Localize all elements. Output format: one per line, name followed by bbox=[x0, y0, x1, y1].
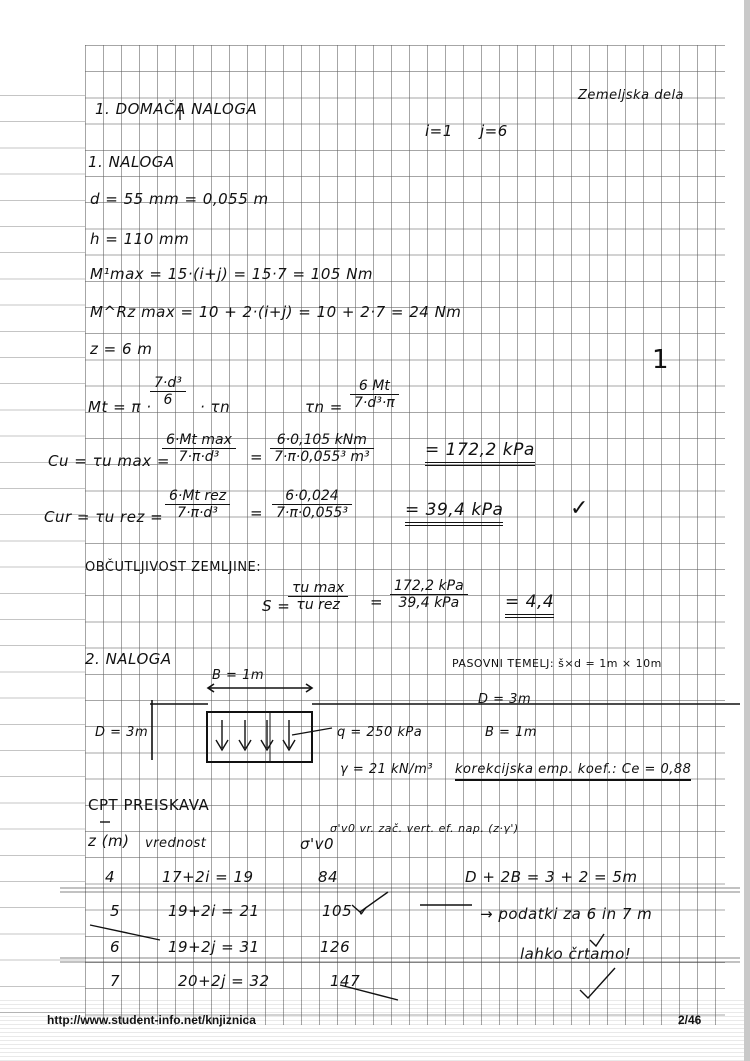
col-sigma: σ'v0 bbox=[300, 835, 334, 853]
top-right-note: Zemeljska dela bbox=[578, 88, 684, 103]
depth-calculation: D + 2B = 3 + 2 = 5m bbox=[465, 868, 638, 886]
row-5-sigma: 105 ✓ bbox=[322, 902, 370, 920]
cur-lhs: Cur = τu rez = bbox=[44, 508, 163, 526]
sensitivity-fraction-1: τu max τu rez bbox=[288, 580, 348, 613]
equals-sign: = bbox=[250, 448, 263, 466]
sensitivity-result: = 4,4 bbox=[505, 592, 554, 618]
scan-noise bbox=[0, 1000, 750, 1061]
line-mmax: M¹max = 15·(i+j) = 15·7 = 105 Nm bbox=[90, 265, 373, 283]
mt-fraction: 7·d³ 6 bbox=[150, 375, 186, 408]
check-mark-icon: ✓ bbox=[570, 496, 589, 521]
cu-fraction-1: 6·Mt max 7·π·d³ bbox=[162, 432, 236, 465]
cpt-note: σ'v0 vr. zač. vert. ef. nap. (z·γ') bbox=[330, 822, 519, 835]
diagram-width-label: B = 1m bbox=[212, 668, 264, 683]
tau-lhs: τn = bbox=[305, 398, 343, 416]
remark-line-2: lahko črtamo! bbox=[520, 945, 631, 963]
row-6-z: 6 bbox=[110, 938, 120, 956]
line-d: d = 55 mm = 0,055 m bbox=[90, 190, 269, 208]
row-4-value: 17+2i = 19 bbox=[162, 868, 254, 886]
scan-edge bbox=[744, 0, 750, 1061]
tau-fraction: 6 Mt 7·d³·π bbox=[350, 378, 399, 411]
row-4-z: 4 bbox=[105, 868, 115, 886]
remark-line-1: → podatki za 6 in 7 m bbox=[480, 905, 652, 923]
cur-fraction-2: 6·0,024 7·π·0,055³ bbox=[272, 488, 352, 521]
given-B: B = 1m bbox=[485, 725, 537, 740]
cu-result: = 172,2 kPa bbox=[425, 440, 535, 466]
row-7-sigma: 147 bbox=[330, 972, 360, 990]
row-5-z: 5 bbox=[110, 902, 120, 920]
sensitivity-lhs: S = bbox=[262, 597, 290, 615]
row-4-sigma: 84 bbox=[318, 868, 338, 886]
mt-lhs: Mt = π · bbox=[88, 398, 152, 416]
row-6-value: 19+2j = 31 bbox=[168, 938, 260, 956]
row-6-sigma: 126 bbox=[320, 938, 350, 956]
diagram-load-label: q = 250 kPa bbox=[337, 725, 422, 740]
cu-lhs: Cu = τu max = bbox=[48, 452, 170, 470]
task1-heading: 1. NALOGA bbox=[88, 153, 175, 171]
sensitivity-fraction-2: 172,2 kPa 39,4 kPa bbox=[390, 578, 468, 611]
page-number: 2/46 bbox=[678, 1013, 701, 1027]
task2-heading: 2. NALOGA bbox=[85, 650, 172, 668]
diagram-unit-weight: γ = 21 kN/m³ bbox=[340, 762, 433, 777]
col-value: vrednost bbox=[145, 836, 206, 851]
line-z: z = 6 m bbox=[90, 340, 152, 358]
row-7-z: 7 bbox=[110, 972, 120, 990]
cpt-heading: CPT PREISKAVA bbox=[88, 796, 209, 814]
footer-url[interactable]: http://www.student-info.net/knjiznica bbox=[47, 1013, 256, 1027]
grid-paper-margin bbox=[0, 95, 85, 1025]
sensitivity-heading: OBČUTLJIVOST ZEMLJINE: bbox=[85, 560, 261, 575]
param-j: j=6 bbox=[480, 122, 508, 140]
given-D: D = 3m bbox=[478, 692, 531, 707]
row-5-value: 19+2i = 21 bbox=[168, 902, 260, 920]
diagram-depth-label: D = 3m bbox=[95, 725, 148, 740]
mt-rhs: · τn bbox=[200, 398, 230, 416]
page-title: 1. DOMAČA NALOGA bbox=[95, 100, 257, 118]
col-z: z (m) bbox=[88, 832, 129, 850]
line-mrez: M^Rz max = 10 + 2·(i+j) = 10 + 2·7 = 24 … bbox=[90, 303, 461, 321]
row-7-value: 20+2j = 32 bbox=[178, 972, 270, 990]
equals-sign: = bbox=[250, 504, 263, 522]
cur-fraction-1: 6·Mt rez 7·π·d³ bbox=[165, 488, 230, 521]
equals-sign: = bbox=[370, 593, 383, 611]
correction-factor: korekcijska emp. koef.: Ce = 0,88 bbox=[455, 762, 691, 781]
foundation-spec: PASOVNI TEMELJ: š×d = 1m × 10m bbox=[452, 657, 662, 670]
cu-fraction-2: 6·0,105 kNm 7·π·0,055³ m³ bbox=[270, 432, 374, 465]
cur-result: = 39,4 kPa bbox=[405, 500, 503, 526]
margin-mark: 1 bbox=[652, 345, 669, 375]
line-h: h = 110 mm bbox=[90, 230, 189, 248]
param-i: i=1 bbox=[425, 122, 453, 140]
